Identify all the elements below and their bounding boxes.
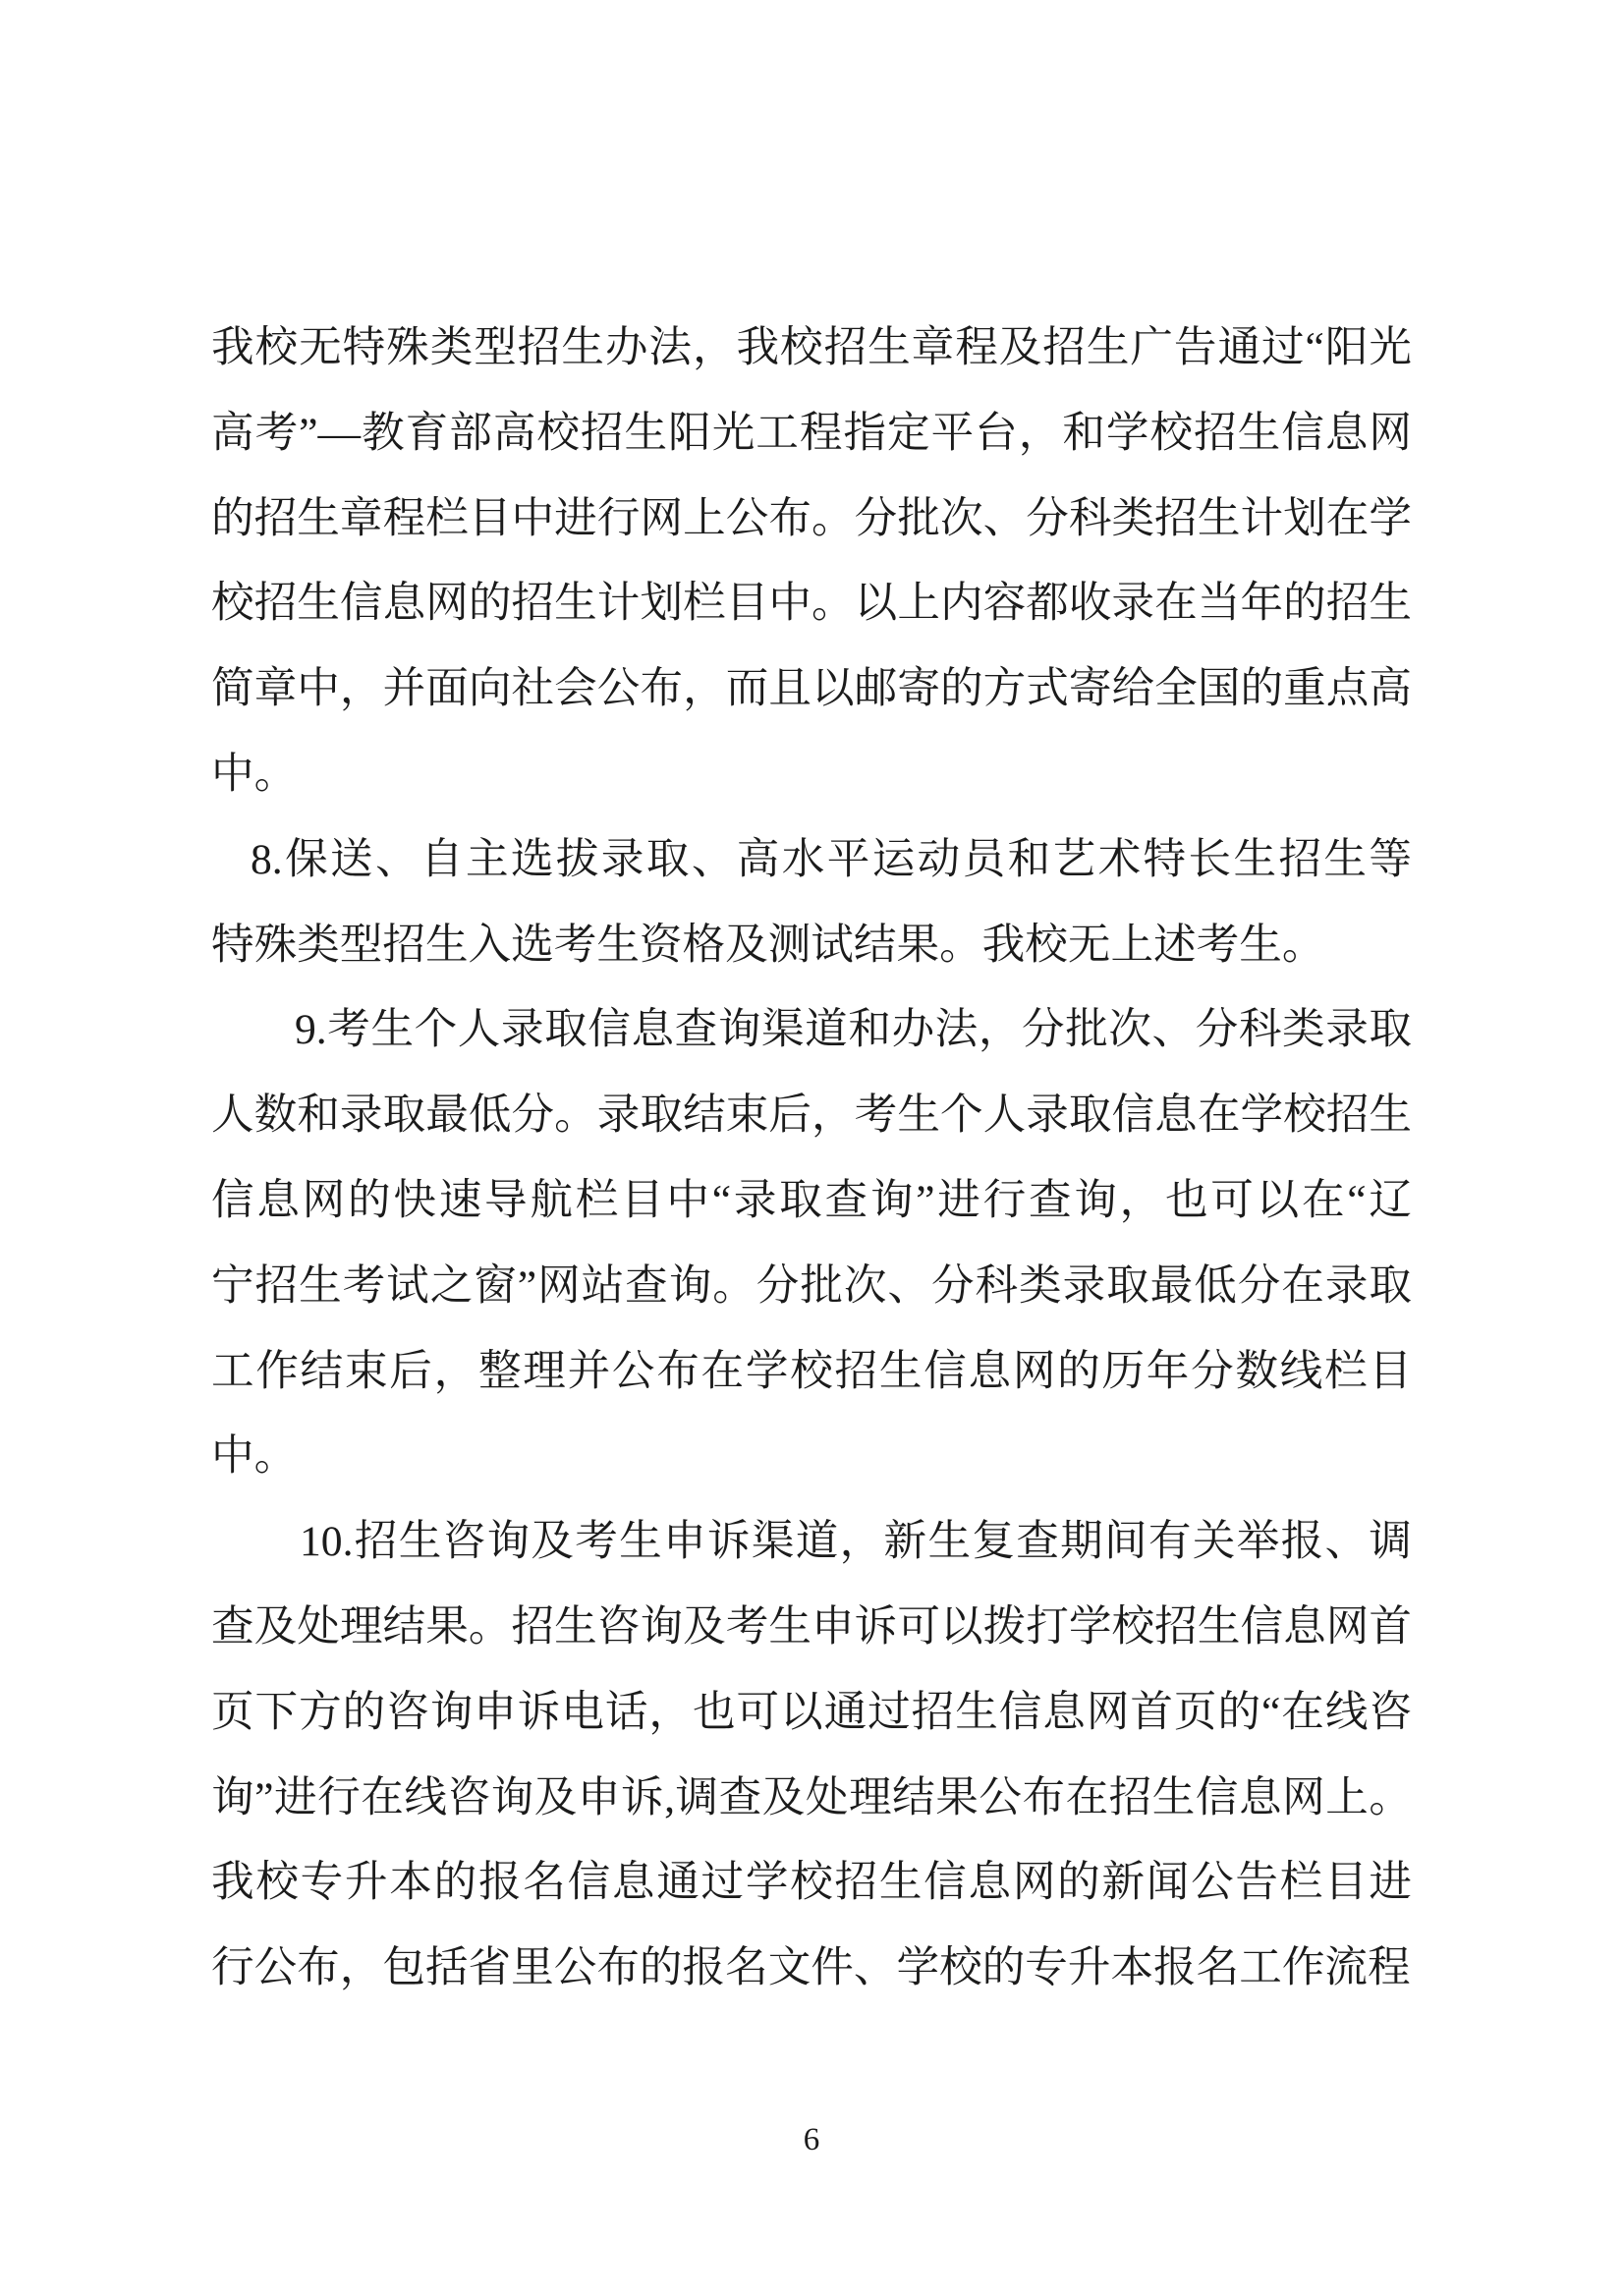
text-line: 特殊类型招生入选考生资格及测试结果。我校无上述考生。 — [211, 903, 1412, 988]
text-line: 中。 — [211, 1414, 1412, 1499]
text-line: 10.招生咨询及考生申诉渠道，新生复查期间有关举报、调 — [211, 1499, 1412, 1585]
text-line: 的招生章程栏目中进行网上公布。分批次、分科类招生计划在学 — [211, 476, 1412, 562]
page-number: 6 — [0, 2120, 1623, 2159]
text-line: 询”进行在线咨询及申诉,调查及处理结果公布在招生信息网上。 — [211, 1756, 1412, 1841]
paragraph: 10.招生咨询及考生申诉渠道，新生复查期间有关举报、调查及处理结果。招生咨询及考… — [211, 1499, 1412, 2011]
paragraph: 我校无特殊类型招生办法，我校招生章程及招生广告通过“阳光高考”—教育部高校招生阳… — [211, 306, 1412, 817]
text-line: 页下方的咨询申诉电话，也可以通过招生信息网首页的“在线咨 — [211, 1670, 1412, 1756]
text-line: 信息网的快速导航栏目中“录取查询”进行查询，也可以在“辽 — [211, 1158, 1412, 1244]
text-line: 行公布，包括省里公布的报名文件、学校的专升本报名工作流程 — [211, 1926, 1412, 2011]
text-line: 我校专升本的报名信息通过学校招生信息网的新闻公告栏目进 — [211, 1840, 1412, 1926]
text-line: 8.保送、自主选拔录取、高水平运动员和艺术特长生招生等 — [211, 817, 1412, 903]
text-line: 查及处理结果。招生咨询及考生申诉可以拨打学校招生信息网首 — [211, 1585, 1412, 1670]
text-line: 工作结束后，整理并公布在学校招生信息网的历年分数线栏目 — [211, 1329, 1412, 1415]
text-line: 简章中，并面向社会公布，而且以邮寄的方式寄给全国的重点高 — [211, 646, 1412, 732]
text-line: 9.考生个人录取信息查询渠道和办法，分批次、分科类录取 — [211, 987, 1412, 1073]
text-line: 宁招生考试之窗”网站查询。分批次、分科类录取最低分在录取 — [211, 1244, 1412, 1329]
paragraph: 9.考生个人录取信息查询渠道和办法，分批次、分科类录取人数和录取最低分。录取结束… — [211, 987, 1412, 1499]
document-page: 我校无特殊类型招生办法，我校招生章程及招生广告通过“阳光高考”—教育部高校招生阳… — [0, 0, 1623, 2296]
text-line: 我校无特殊类型招生办法，我校招生章程及招生广告通过“阳光 — [211, 306, 1412, 391]
text-line: 中。 — [211, 732, 1412, 817]
paragraph: 8.保送、自主选拔录取、高水平运动员和艺术特长生招生等特殊类型招生入选考生资格及… — [211, 817, 1412, 988]
text-line: 校招生信息网的招生计划栏目中。以上内容都收录在当年的招生 — [211, 561, 1412, 646]
text-line: 人数和录取最低分。录取结束后，考生个人录取信息在学校招生 — [211, 1073, 1412, 1158]
text-block: 我校无特殊类型招生办法，我校招生章程及招生广告通过“阳光高考”—教育部高校招生阳… — [211, 306, 1412, 2011]
text-line: 高考”—教育部高校招生阳光工程指定平台，和学校招生信息网 — [211, 391, 1412, 476]
